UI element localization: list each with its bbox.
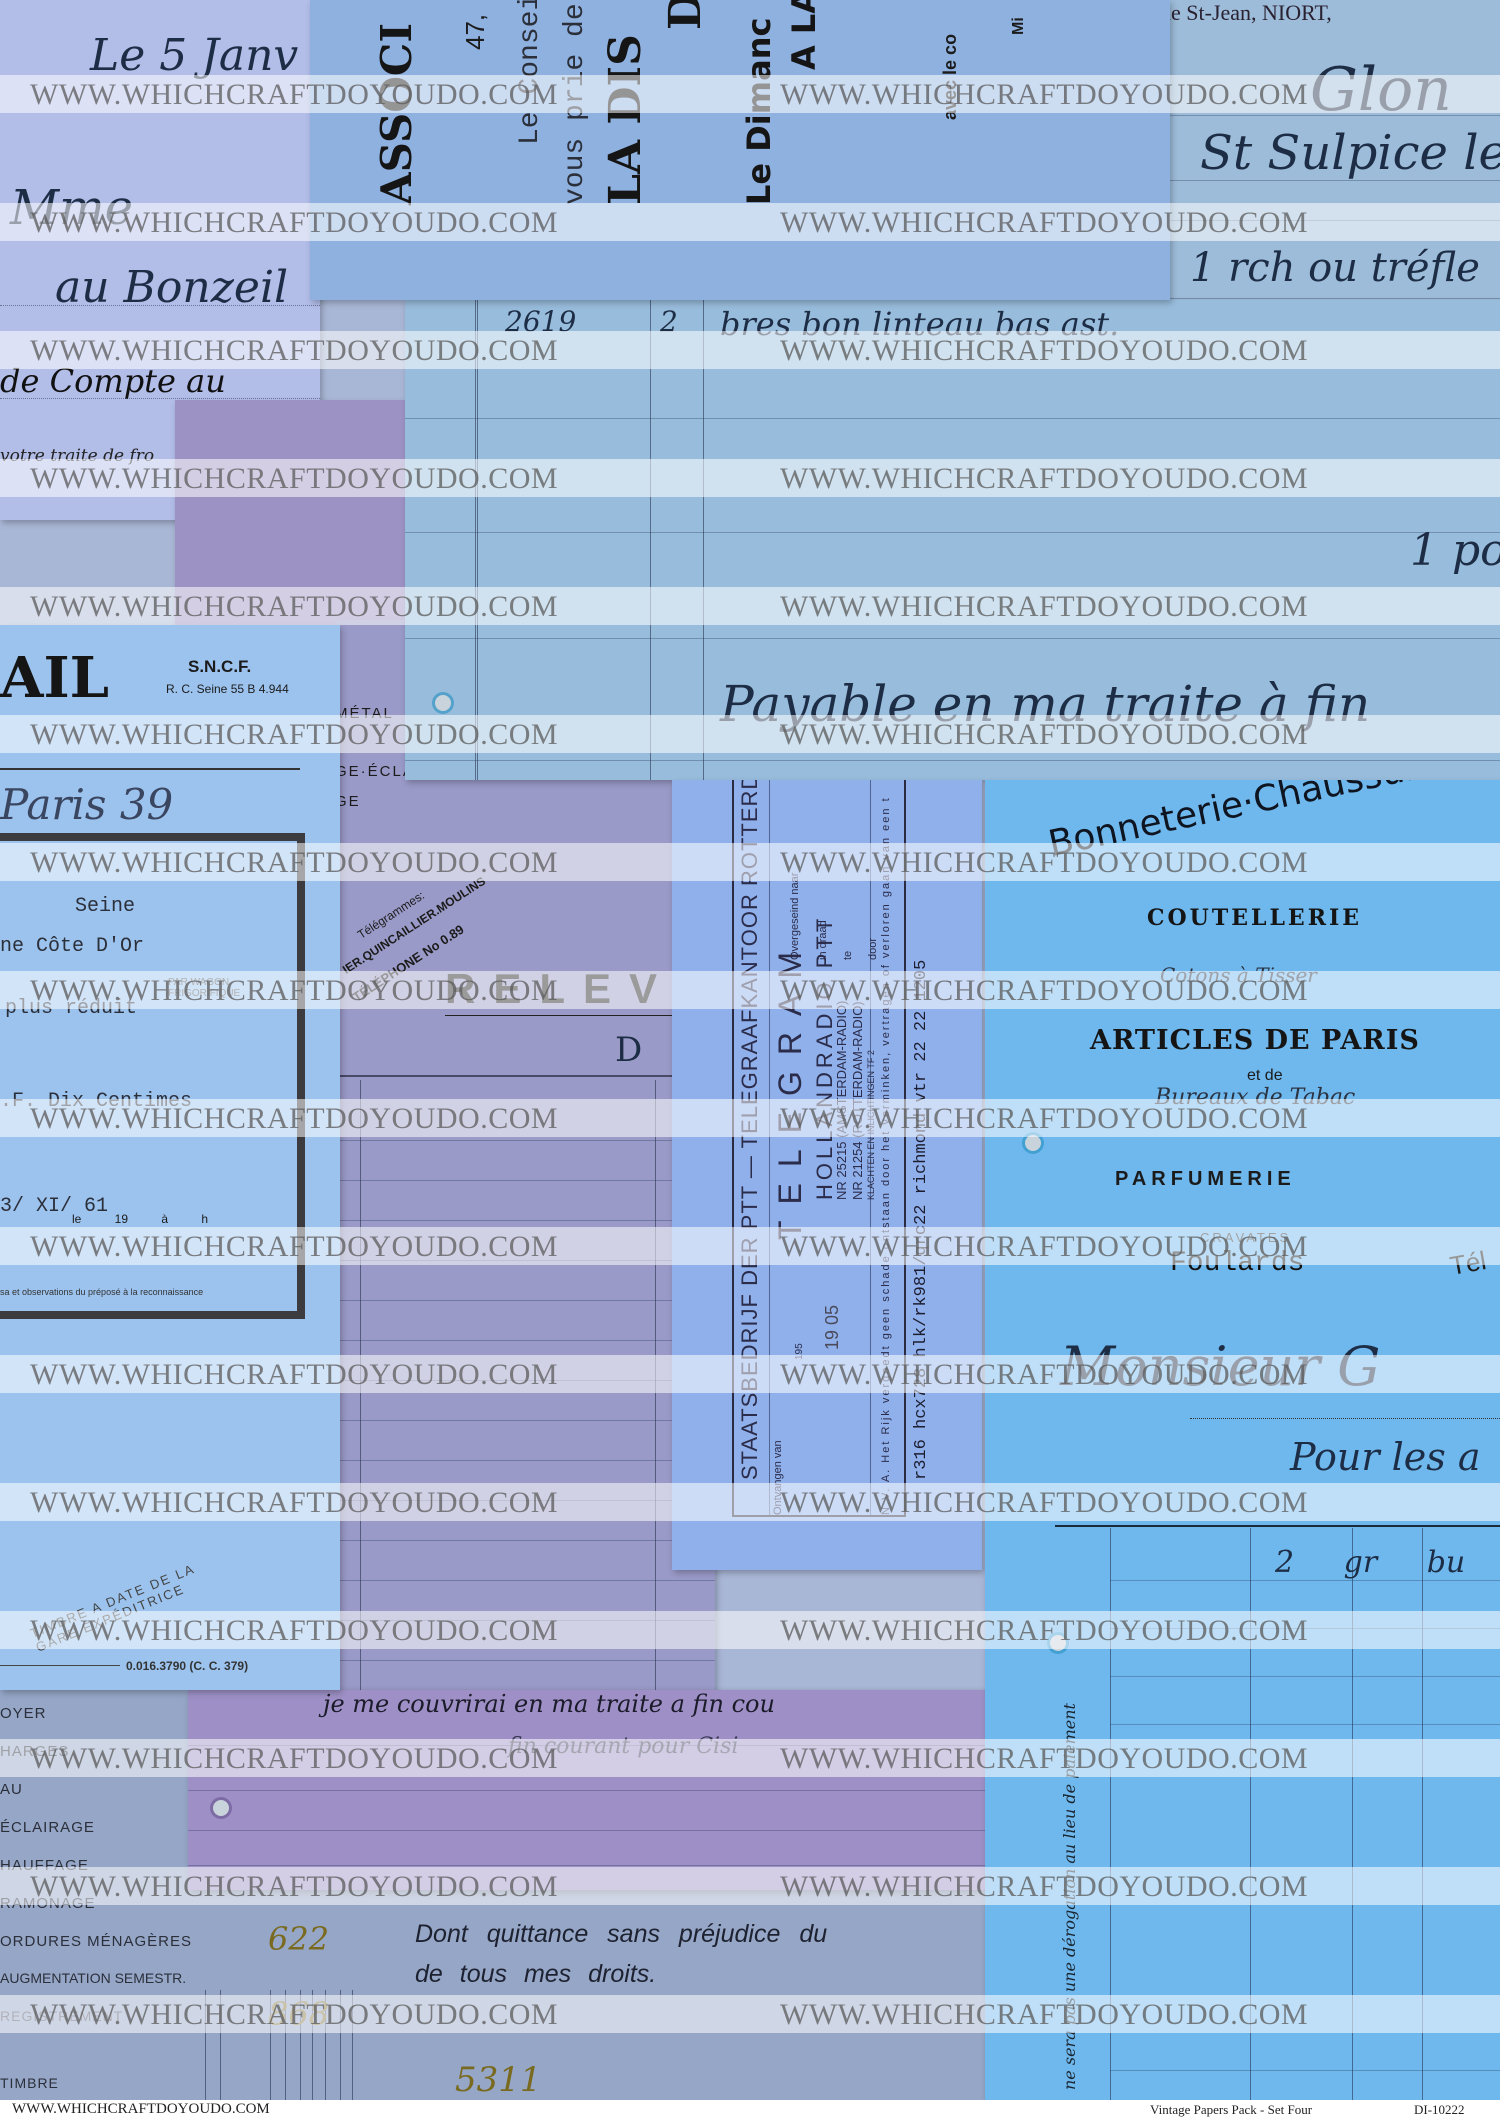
paper-purple-receipt: je me couvrirai en ma traite a fin cou f… [188, 1690, 988, 1890]
bonneterie-side-note: ne sera pas une dérogation au lieu de pa… [1060, 1703, 1079, 2090]
letter-compte: de Compte au [0, 362, 226, 400]
quit-amount: 622 [268, 1920, 329, 1958]
telegram-nr-rotterdam: NR 21254 (ROTTERDAM-RADIO) [850, 1001, 865, 1200]
quit-text-line2: de tous mes droits. [415, 1960, 656, 1989]
quit-label: RAMONAGE [0, 1895, 96, 1912]
assoc-title: ASSOCI [372, 23, 421, 205]
assoc-vous-prie: vous prie de v [560, 0, 591, 205]
bonneterie-foulards: Foulards [1170, 1248, 1304, 1279]
paper-sncf-rail: AIL S.N.C.F. R. C. Seine 55 B 4.944 Pari… [0, 625, 340, 1690]
quit-amount: 868 [268, 1995, 329, 2033]
invoice-count: 2 [660, 305, 678, 338]
letter-date: Le 5 Janv [90, 30, 298, 81]
rail-field-seine: Seine [75, 895, 135, 918]
rail-registry: R. C. Seine 55 B 4.944 [166, 682, 289, 696]
quit-label: HAUFFAGE [0, 1857, 89, 1874]
telegram-title: TELEGRAM [772, 936, 809, 1240]
rail-stamp: TIMBRE A DATE DE LA GARE EXPÉDITRICE [28, 1552, 225, 1655]
paper-releve: MÉTAL GE·ÉCLAIR GE Télégrammes: IER.QUIN… [335, 620, 715, 1740]
assoc-avec: avec le co [940, 34, 961, 120]
bonneterie-arc-title: Bonneterie·Chaussures [1045, 780, 1462, 865]
purple-receipt-line2: fin courant pour Cisi [508, 1734, 738, 1759]
rail-handwriting: Paris 39 [0, 780, 173, 829]
telegram-nr-amsterdam: NR 25215 (AMSTERDAM-RADIO) [834, 1001, 849, 1200]
niort-sulpice: St Sulpice le [1200, 125, 1500, 181]
rail-title: AIL [0, 645, 109, 711]
quit-label: REGISTREMENT [0, 2008, 123, 2024]
divider [0, 1665, 120, 1666]
rail-note: sa et observations du préposé à la recon… [0, 1287, 203, 1297]
rail-field-wagon: PAR WAGON FRIGORIFIQUE [168, 977, 268, 999]
rail-field-le: le 19 à h [72, 1212, 208, 1226]
bonneterie-monsieur: Monsieur G [1060, 1335, 1380, 1398]
invoice-portal: 1 portal [1410, 525, 1500, 576]
assoc-mi: Mi [1010, 17, 1028, 35]
assoc-d: D [660, 0, 711, 30]
telegram-195: 195 [794, 1343, 805, 1360]
telegram-overgeseind: Overgeseind naar [789, 873, 801, 960]
paper-association: ASSOCI 47, Le Conseil vous prie de v LA … [310, 0, 1170, 300]
assoc-dimanche: Le Dimanc [740, 18, 778, 205]
letter-place: au Bonzeil [55, 262, 288, 313]
rail-field-cotedor: ne Côte D'Or [0, 935, 144, 958]
punch-hole [1050, 1635, 1066, 1651]
bonneterie-articles: ARTICLES DE PARIS [1090, 1025, 1420, 1056]
quit-label: ÉCLAIRAGE [0, 1819, 95, 1836]
telegram-disclaimer: N.V. A. Het Rijk vergoedt geen schade on… [880, 796, 892, 1515]
rail-field-reduit: plus réduit [5, 997, 137, 1020]
bonneterie-cravates: CRAVATES [1200, 1230, 1291, 1245]
assoc-la-dis: LA DIS [600, 34, 651, 205]
invoice-desc: bres bon linteau bas ast. [720, 305, 1119, 343]
letter-addressee: Mme [10, 180, 133, 236]
releve-title: RELEV [445, 965, 675, 1013]
footer-product-code: DI-10222 [1414, 2102, 1465, 2118]
quit-text-line1: Dont quittance sans préjudice du [415, 1920, 827, 1949]
telegram-message: r316 hcx728 hlk/rk981/qrc22 richmond vtr… [912, 960, 931, 1480]
rail-company: S.N.C.F. [188, 657, 251, 677]
assoc-a-la: A LA [785, 0, 823, 70]
footer-site: WWW.WHICHCRAFTDOYOUDO.COM [12, 2101, 270, 2118]
rail-code: 0.016.3790 (C. C. 379) [126, 1659, 248, 1673]
paper-telegram: STAATSBEDRIJF DER PTT — TELEGRAAFKANTOOR… [672, 780, 982, 1570]
telegram-te: te [842, 951, 854, 960]
bonneterie-parfumerie: PARFUMERIE [1115, 1168, 1296, 1191]
purple-receipt-line1: je me couvrirai en ma traite a fin cou [323, 1690, 775, 1718]
paper-purple-small [175, 400, 405, 640]
footer-pack-title: Vintage Papers Pack - Set Four [1150, 2102, 1312, 2118]
assoc-address: 47, [460, 14, 491, 50]
bonneterie-coutellerie: COUTELLERIE [1147, 905, 1362, 931]
releve-d: D [615, 1030, 642, 1070]
bonneterie-cotons: Cotons à Tisser [1160, 963, 1317, 987]
quit-label: AU [0, 1781, 23, 1798]
quit-amount: 5311 [455, 2060, 542, 2100]
punch-hole [435, 695, 451, 711]
bonneterie-row: 2 gr bu [1275, 1545, 1465, 1580]
invoice-qty: 2619 [505, 305, 576, 338]
assoc-conseil: Le Conseil [515, 0, 546, 145]
niort-name: Glon [1310, 55, 1452, 125]
punch-hole [213, 1800, 229, 1816]
telegram-in-draad: in draad [817, 920, 829, 960]
quit-label: AUGMENTATION SEMESTR. [0, 1970, 186, 1986]
bonneterie-bureaux: Bureaux de Tabac [1155, 1085, 1355, 1110]
telegram-header: STAATSBEDRIJF DER PTT — TELEGRAAFKANTOOR… [737, 780, 763, 1480]
paper-ruled-invoice: 2619 2 bres bon linteau bas ast. 1 porta… [405, 300, 1500, 780]
quit-label: OYER [0, 1705, 47, 1722]
telegram-klachten: KLACHTEN EN INLICHTINGEN TF 2 [866, 1050, 876, 1200]
invoice-payable: Payable en ma traite à fin [720, 675, 1370, 733]
rail-frame [0, 833, 305, 1319]
collage-canvas: Le 5 Janv Mme au Bonzeil de Compte au vo… [0, 0, 1500, 2100]
bonneterie-tel: Tél [1448, 1245, 1489, 1282]
telegram-time: 19 05 [822, 1305, 843, 1350]
quit-label: ORDURES MÉNAGÈRES [0, 1933, 192, 1950]
niort-header: ue St-Jean, NIORT, [1160, 0, 1332, 26]
divider [0, 768, 300, 770]
telegram-ontvangen: Ontvangen van [772, 1440, 784, 1515]
footer: WWW.WHICHCRAFTDOYOUDO.COM Vintage Papers… [0, 2100, 1500, 2121]
paper-bonneterie: Bonneterie·Chaussures COUTELLERIE Cotons… [985, 780, 1500, 2100]
bonneterie-et-de: et de [1247, 1067, 1283, 1085]
niort-item: 1 rch ou tréfle [1190, 245, 1480, 291]
letter-traite: votre traite de fro [0, 446, 154, 466]
punch-hole [1025, 1135, 1041, 1151]
releve-metal: MÉTAL [335, 705, 394, 722]
quit-label: TIMBRE [0, 2075, 59, 2091]
telegram-door: door [867, 938, 879, 960]
quit-label: HARGES [0, 1743, 69, 1760]
bonneterie-pour-les: Pour les a [1290, 1435, 1481, 1479]
rail-field-centimes: .F. Dix Centimes [0, 1090, 192, 1113]
